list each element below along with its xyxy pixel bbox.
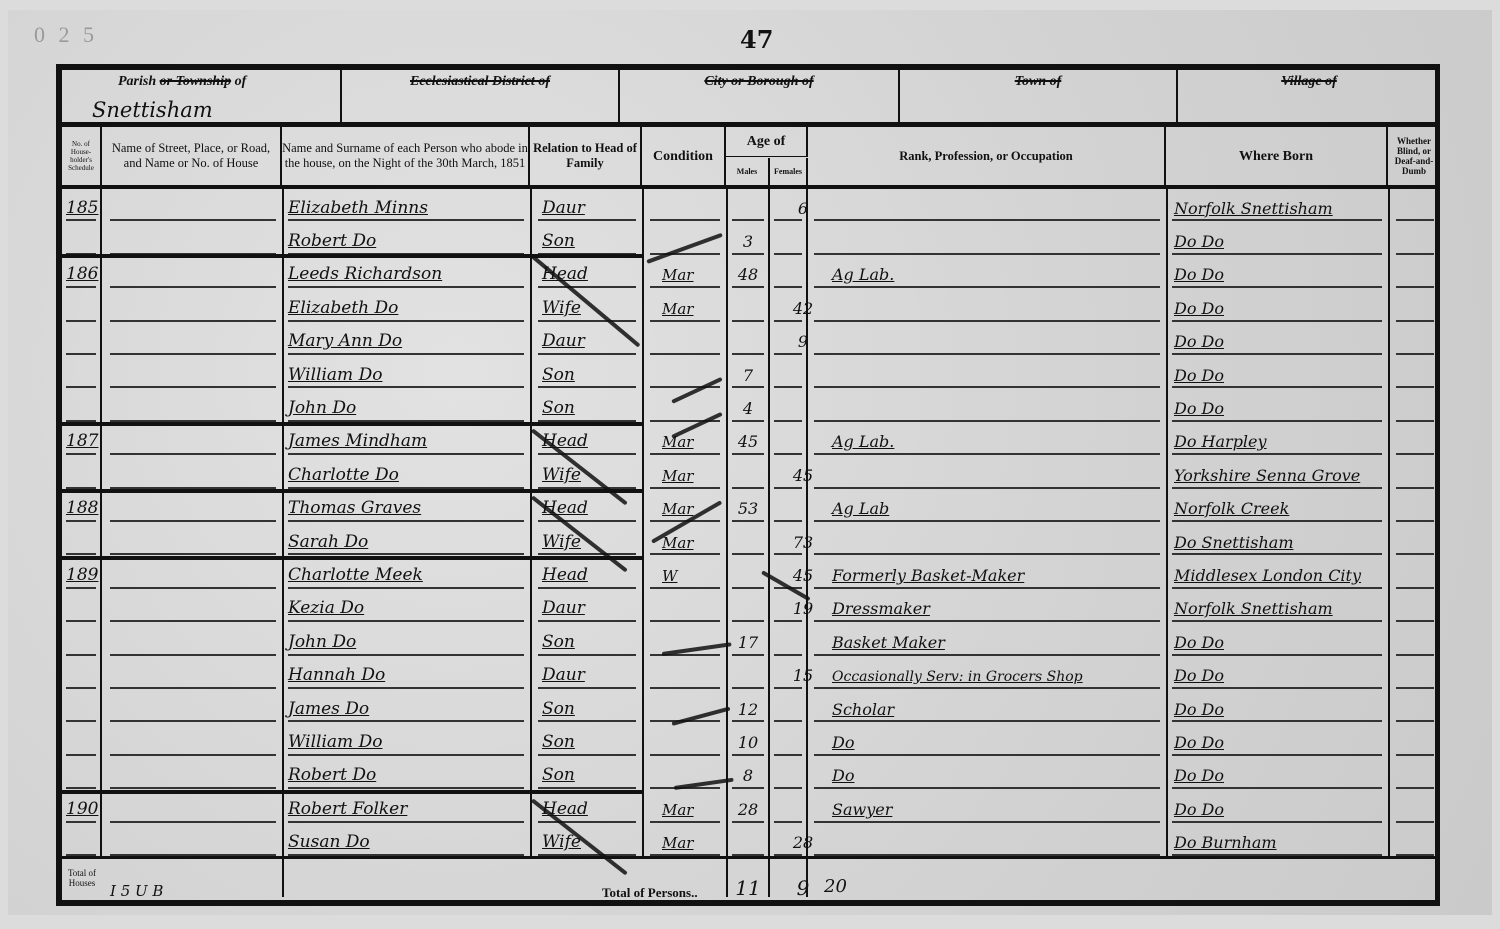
ruled-line: [814, 654, 1160, 656]
ruled-line: [732, 620, 764, 622]
ruled-line: [732, 687, 764, 689]
ruled-line: [1172, 687, 1382, 689]
ruled-line: [1396, 587, 1434, 589]
page-number: 47: [740, 25, 773, 54]
col-females: Females: [770, 158, 808, 185]
ruled-line: [814, 553, 1160, 555]
ruled-line: [814, 320, 1160, 322]
footer-divider: [62, 856, 1435, 859]
location-header: Parish or Township of Snettisham Ecclesi…: [62, 70, 1435, 127]
female-age: 19: [784, 599, 822, 618]
col-relation: Relation to Head of Family: [530, 127, 642, 185]
ruled-line: [1396, 553, 1434, 555]
ruled-line: [110, 453, 276, 455]
ruled-line: [1396, 253, 1434, 255]
ruled-line: [1172, 219, 1382, 221]
ruled-line: [1396, 620, 1434, 622]
ruled-line: [774, 620, 802, 622]
ruled-line: [774, 821, 802, 823]
condition: W: [662, 567, 677, 585]
ruled-line: [650, 487, 720, 489]
female-age: 42: [784, 299, 822, 318]
relation: Son: [542, 231, 575, 251]
ruled-line: [650, 286, 720, 288]
ruled-line: [732, 386, 764, 388]
person-name: Elizabeth Minns: [288, 198, 428, 218]
ruled-line: [650, 453, 720, 455]
occupation: Ag Lab.: [832, 432, 894, 451]
where-born: Do Do: [1174, 733, 1224, 752]
occupation: Do: [832, 733, 854, 752]
female-age: 45: [784, 566, 822, 585]
male-age: 10: [726, 733, 770, 752]
ruled-line: [538, 219, 636, 221]
ruled-line: [288, 320, 524, 322]
town-cell: Town of: [900, 70, 1178, 122]
township-struck: or Township: [160, 74, 231, 89]
ruled-line: [774, 787, 802, 789]
col-schedule: No. of House-holder's Schedule: [62, 127, 102, 185]
where-born: Norfolk Snettisham: [1174, 599, 1333, 618]
total-males: 11: [726, 876, 770, 900]
ruled-line: [1396, 487, 1434, 489]
ruled-line: [110, 720, 276, 722]
ruled-line: [110, 754, 276, 756]
ruled-line: [538, 787, 636, 789]
male-age: 4: [726, 399, 770, 418]
total-houses-value: I 5 U B: [110, 882, 163, 900]
female-age: 45: [784, 466, 822, 485]
ruled-line: [1172, 286, 1382, 288]
ruled-line: [650, 620, 720, 622]
ruled-line: [66, 821, 96, 823]
ruled-line: [774, 487, 802, 489]
relation: Son: [542, 632, 575, 652]
ruled-line: [1172, 386, 1382, 388]
ruled-line: [814, 453, 1160, 455]
ruled-line: [1172, 553, 1382, 555]
ruled-line: [110, 787, 276, 789]
ruled-line: [774, 353, 802, 355]
ruled-line: [538, 520, 636, 522]
schedule-number: 186: [66, 264, 98, 284]
ruled-line: [1396, 286, 1434, 288]
occupation: Dressmaker: [832, 599, 930, 618]
ruled-line: [66, 587, 96, 589]
ruled-line: [66, 620, 96, 622]
ruled-line: [66, 353, 96, 355]
relation: Son: [542, 732, 575, 752]
parish-of: of: [235, 74, 247, 89]
ruled-line: [538, 386, 636, 388]
occupation: Ag Lab: [832, 499, 889, 518]
ruled-line: [814, 286, 1160, 288]
ruled-line: [538, 754, 636, 756]
male-age: 3: [726, 232, 770, 251]
ruled-line: [288, 453, 524, 455]
ruled-line: [650, 587, 720, 589]
where-born: Do Do: [1174, 700, 1224, 719]
relation: Daur: [542, 598, 585, 618]
ruled-line: [1172, 520, 1382, 522]
occupation: Occasionally Serv: in Grocers Shop: [832, 669, 1083, 685]
ruled-line: [66, 687, 96, 689]
ruled-line: [288, 386, 524, 388]
ruled-line: [538, 286, 636, 288]
ruled-line: [814, 420, 1160, 422]
ruled-line: [774, 320, 802, 322]
ruled-line: [814, 720, 1160, 722]
ruled-line: [650, 654, 720, 656]
parish-label: Parish: [118, 74, 156, 89]
person-name: Hannah Do: [288, 665, 385, 685]
ruled-line: [650, 320, 720, 322]
male-age: 7: [726, 366, 770, 385]
ruled-line: [732, 420, 764, 422]
ruled-line: [1172, 353, 1382, 355]
person-name: Robert Folker: [288, 799, 407, 819]
occupation: Basket Maker: [832, 633, 945, 652]
ruled-line: [1172, 487, 1382, 489]
village-label: Village of: [1178, 74, 1440, 90]
ruled-line: [110, 620, 276, 622]
total-females: 9: [784, 876, 822, 900]
ruled-line: [110, 353, 276, 355]
ruled-line: [774, 687, 802, 689]
ruled-line: [774, 754, 802, 756]
person-name: Robert Do: [288, 765, 376, 785]
ruled-line: [1172, 587, 1382, 589]
ruled-line: [650, 219, 720, 221]
male-age: 45: [726, 432, 770, 451]
where-born: Yorkshire Senna Grove: [1174, 466, 1360, 485]
person-name: Elizabeth Do: [288, 298, 398, 318]
city-label: City or Borough of: [620, 74, 898, 90]
ruled-line: [732, 453, 764, 455]
ruled-line: [774, 520, 802, 522]
household-separator: [62, 556, 642, 560]
where-born: Do Snettisham: [1174, 533, 1293, 552]
male-age: 28: [726, 800, 770, 819]
ruled-line: [538, 353, 636, 355]
col-name: Name and Surname of each Person who abod…: [282, 127, 530, 185]
census-table: Parish or Township of Snettisham Ecclesi…: [56, 64, 1440, 906]
schedule-number: 189: [66, 565, 98, 585]
ruled-line: [66, 654, 96, 656]
ruled-line: [814, 253, 1160, 255]
ruled-line: [1396, 654, 1434, 656]
ruled-line: [774, 553, 802, 555]
household-separator: [62, 254, 642, 258]
where-born: Do Do: [1174, 666, 1224, 685]
male-age: 17: [726, 633, 770, 652]
col-where-born: Where Born: [1166, 127, 1388, 185]
where-born: Middlesex London City: [1174, 566, 1361, 585]
ruled-line: [650, 821, 720, 823]
col-occupation: Rank, Profession, or Occupation: [808, 127, 1166, 185]
ruled-line: [1396, 687, 1434, 689]
where-born: Do Do: [1174, 633, 1224, 652]
ruled-line: [110, 320, 276, 322]
where-born: Do Do: [1174, 299, 1224, 318]
ruled-line: [732, 787, 764, 789]
col-blind-deaf: Whether Blind, or Deaf-and-Dumb: [1388, 127, 1440, 185]
ruled-line: [732, 553, 764, 555]
where-born: Do Do: [1174, 800, 1224, 819]
ruled-line: [110, 687, 276, 689]
ruled-line: [814, 620, 1160, 622]
header-divider: [62, 185, 1435, 189]
ruled-line: [1172, 420, 1382, 422]
condition: Mar: [662, 534, 693, 552]
ruled-line: [1172, 253, 1382, 255]
ruled-line: [66, 754, 96, 756]
ruled-line: [66, 320, 96, 322]
ruled-line: [814, 487, 1160, 489]
ruled-line: [650, 353, 720, 355]
person-name: Sarah Do: [288, 532, 368, 552]
person-name: Leeds Richardson: [288, 264, 442, 284]
ruled-line: [1396, 821, 1434, 823]
where-born: Do Do: [1174, 265, 1224, 284]
condition: Mar: [662, 834, 693, 852]
ruled-line: [732, 654, 764, 656]
relation: Wife: [542, 532, 581, 552]
ruled-line: [814, 386, 1160, 388]
person-name: John Do: [288, 632, 356, 652]
schedule-number: 190: [66, 799, 98, 819]
person-name: James Do: [288, 699, 369, 719]
town-label: Town of: [900, 74, 1176, 90]
ruled-line: [732, 353, 764, 355]
male-age: 53: [726, 499, 770, 518]
ruled-line: [1396, 453, 1434, 455]
female-age: 9: [784, 332, 822, 351]
ruled-line: [1172, 654, 1382, 656]
ruled-line: [814, 787, 1160, 789]
ruled-line: [538, 687, 636, 689]
total-persons-label: Total of Persons..: [602, 885, 698, 901]
relation: Son: [542, 365, 575, 385]
relation: Son: [542, 699, 575, 719]
total-persons: 20: [824, 876, 847, 897]
ruled-line: [732, 754, 764, 756]
col-males: Males: [726, 158, 770, 185]
ruled-line: [66, 219, 96, 221]
occupation: Scholar: [832, 700, 894, 719]
col-condition: Condition: [642, 127, 726, 185]
household-separator: [62, 489, 642, 493]
ruled-line: [288, 286, 524, 288]
where-born: Do Burnham: [1174, 833, 1277, 852]
where-born: Do Harpley: [1174, 432, 1267, 451]
ruled-line: [814, 587, 1160, 589]
relation: Wife: [542, 465, 581, 485]
ruled-line: [1396, 353, 1434, 355]
ruled-line: [288, 520, 524, 522]
person-name: James Mindham: [288, 431, 427, 451]
person-name: Robert Do: [288, 231, 376, 251]
schedule-number: 185: [66, 198, 98, 218]
ecclesiastical-cell: Ecclesiastical District of: [342, 70, 620, 122]
col-age-of: Age of: [726, 127, 808, 157]
ruled-line: [1172, 453, 1382, 455]
relation: Daur: [542, 665, 585, 685]
ruled-line: [538, 587, 636, 589]
total-houses-label: Total of Houses: [64, 868, 100, 888]
schedule-number: 188: [66, 498, 98, 518]
city-cell: City or Borough of: [620, 70, 900, 122]
person-name: Mary Ann Do: [288, 331, 402, 351]
ruled-line: [732, 219, 764, 221]
ruled-line: [66, 286, 96, 288]
ruled-line: [288, 620, 524, 622]
village-cell: Village of: [1178, 70, 1440, 122]
ruled-line: [538, 453, 636, 455]
ruled-line: [66, 787, 96, 789]
ruled-line: [732, 720, 764, 722]
occupation: Ag Lab.: [832, 265, 894, 284]
ruled-line: [774, 720, 802, 722]
condition: Mar: [662, 500, 693, 518]
male-age: 8: [726, 766, 770, 785]
occupation: Formerly Basket-Maker: [832, 566, 1024, 585]
ruled-line: [1396, 386, 1434, 388]
col-street: Name of Street, Place, or Road, and Name…: [102, 127, 282, 185]
parish-value: Snettisham: [92, 98, 213, 122]
ruled-line: [1396, 320, 1434, 322]
relation: Wife: [542, 298, 581, 318]
ruled-line: [288, 821, 524, 823]
ruled-line: [774, 420, 802, 422]
parish-cell: Parish or Township of Snettisham: [62, 70, 342, 122]
ruled-line: [732, 487, 764, 489]
ruled-line: [650, 754, 720, 756]
ruled-line: [288, 587, 524, 589]
ruled-line: [814, 821, 1160, 823]
ruled-line: [1396, 787, 1434, 789]
where-born: Do Do: [1174, 399, 1224, 418]
female-age: 28: [784, 833, 822, 852]
ruled-line: [732, 821, 764, 823]
schedule-number: 187: [66, 431, 98, 451]
occupation: Sawyer: [832, 800, 892, 819]
ruled-line: [774, 253, 802, 255]
ruled-line: [538, 821, 636, 823]
ruled-line: [288, 754, 524, 756]
person-name: Kezia Do: [288, 598, 364, 618]
ruled-line: [774, 654, 802, 656]
female-age: 15: [784, 666, 822, 685]
ruled-line: [110, 219, 276, 221]
ruled-line: [774, 219, 802, 221]
ruled-line: [538, 654, 636, 656]
person-name: William Do: [288, 732, 382, 752]
ruled-line: [66, 453, 96, 455]
ruled-line: [110, 587, 276, 589]
ruled-line: [288, 687, 524, 689]
where-born: Do Do: [1174, 232, 1224, 251]
ruled-line: [732, 520, 764, 522]
ruled-line: [110, 654, 276, 656]
person-name: John Do: [288, 398, 356, 418]
ruled-line: [814, 353, 1160, 355]
person-name: Thomas Graves: [288, 498, 421, 518]
ruled-line: [814, 754, 1160, 756]
condition: Mar: [662, 801, 693, 819]
ruled-line: [732, 286, 764, 288]
ruled-line: [774, 453, 802, 455]
where-born: Do Do: [1174, 766, 1224, 785]
ruled-line: [774, 286, 802, 288]
ruled-line: [1172, 320, 1382, 322]
ruled-line: [110, 386, 276, 388]
where-born: Do Do: [1174, 332, 1224, 351]
ruled-line: [110, 821, 276, 823]
ruled-line: [1172, 821, 1382, 823]
corner-mark: 0 2 5: [34, 22, 98, 48]
household-separator: [62, 790, 642, 794]
ruled-line: [538, 720, 636, 722]
ruled-line: [814, 687, 1160, 689]
ruled-line: [288, 219, 524, 221]
ruled-line: [110, 520, 276, 522]
ruled-line: [288, 353, 524, 355]
ruled-line: [732, 320, 764, 322]
relation: Son: [542, 398, 575, 418]
ruled-line: [732, 587, 764, 589]
ruled-line: [1396, 720, 1434, 722]
person-name: Charlotte Meek: [288, 565, 423, 585]
ruled-line: [110, 286, 276, 288]
ruled-line: [66, 720, 96, 722]
household-separator: [62, 422, 642, 426]
female-age: 73: [784, 533, 822, 552]
ruled-line: [1172, 620, 1382, 622]
ruled-line: [1396, 420, 1434, 422]
female-age: 6: [784, 199, 822, 218]
ruled-line: [1172, 720, 1382, 722]
ruled-line: [1396, 754, 1434, 756]
male-age: 12: [726, 700, 770, 719]
relation: Daur: [542, 331, 585, 351]
where-born: Do Do: [1174, 366, 1224, 385]
person-name: William Do: [288, 365, 382, 385]
ruled-line: [774, 386, 802, 388]
ruled-line: [650, 687, 720, 689]
ruled-line: [814, 219, 1160, 221]
relation: Son: [542, 765, 575, 785]
condition: Mar: [662, 300, 693, 318]
ruled-line: [814, 520, 1160, 522]
ruled-line: [650, 553, 720, 555]
where-born: Norfolk Snettisham: [1174, 199, 1333, 218]
relation: Daur: [542, 198, 585, 218]
ruled-line: [538, 320, 636, 322]
relation: Head: [542, 565, 588, 585]
person-name: Susan Do: [288, 832, 370, 852]
occupation: Do: [832, 766, 854, 785]
ecclesiastical-label: Ecclesiastical District of: [342, 74, 618, 90]
male-age: 48: [726, 265, 770, 284]
ruled-line: [1396, 520, 1434, 522]
ruled-line: [288, 787, 524, 789]
ruled-line: [66, 520, 96, 522]
ruled-line: [732, 253, 764, 255]
condition: Mar: [662, 467, 693, 485]
ruled-line: [288, 654, 524, 656]
ruled-line: [1172, 754, 1382, 756]
